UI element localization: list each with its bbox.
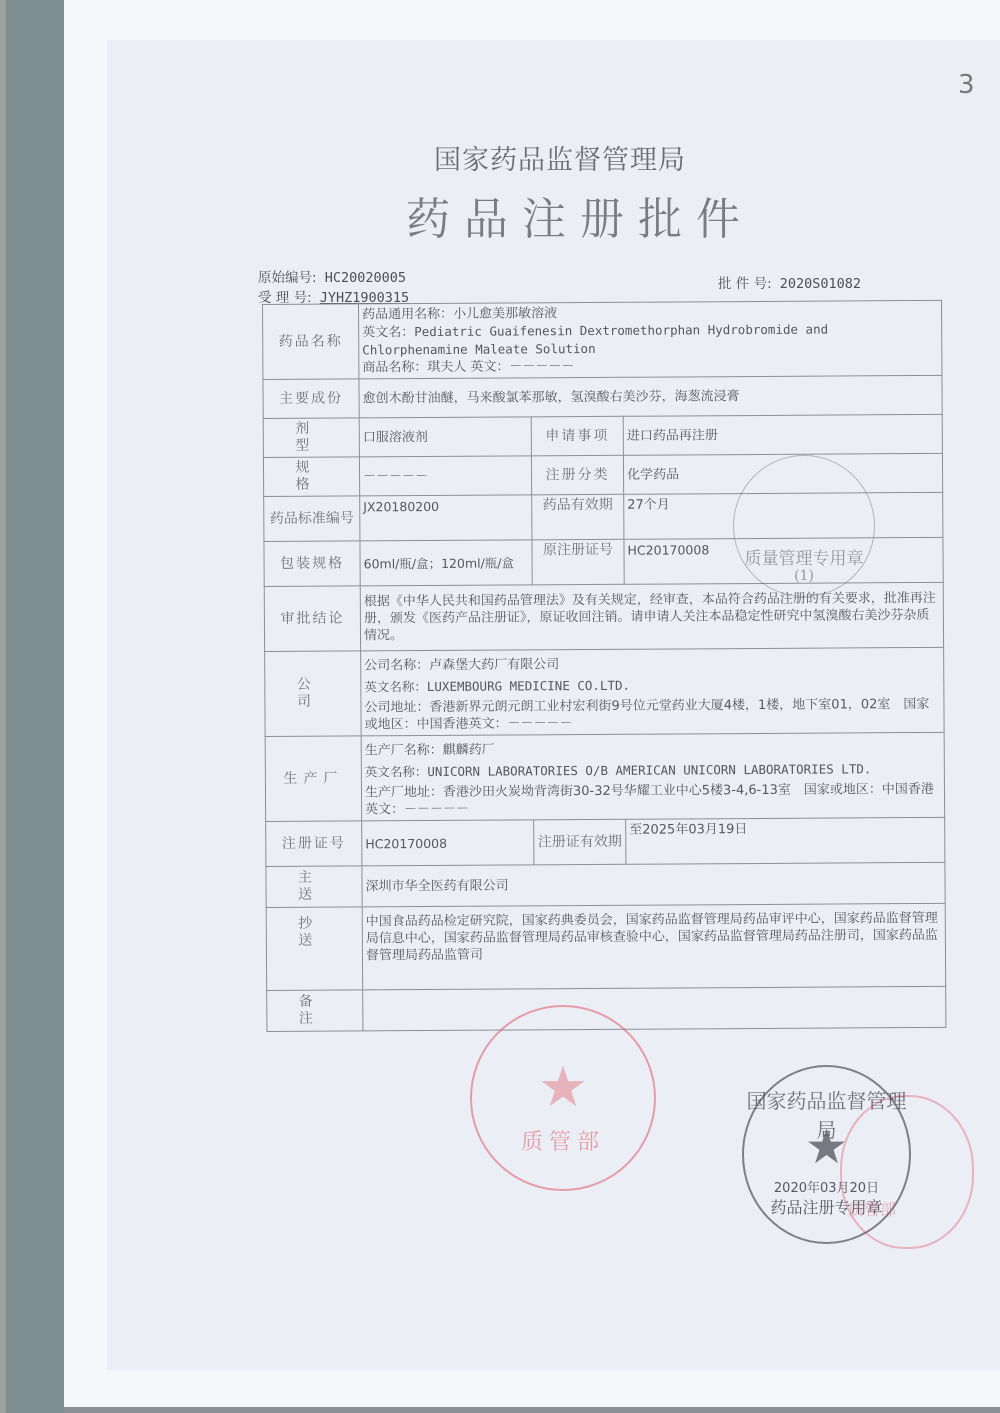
manufacturer-value: 生产厂名称：麒麟药厂 英文名称：UNICORN LABORATORIES O/B… bbox=[361, 732, 945, 821]
company-value: 公司名称：卢森堡大药厂有限公司 英文名称：LUXEMBOURG MEDICINE… bbox=[361, 647, 945, 736]
row-specification: 规 格 －－－－－ 注册分类 化学药品 bbox=[263, 453, 942, 496]
row-packaging: 包装规格 60ml/瓶/盒；120ml/瓶/盒 原注册证号 HC20170008 bbox=[264, 537, 943, 586]
cert-validity-value: 至2025年03月19日 bbox=[626, 817, 945, 864]
trade-name: 商品名称：琪夫人 英文：－－－－－ bbox=[362, 356, 938, 377]
conclusion-label: 审批结论 bbox=[264, 586, 360, 652]
application-item-value: 进口药品再注册 bbox=[623, 414, 942, 455]
packaging-value: 60ml/瓶/盒；120ml/瓶/盒 bbox=[360, 540, 532, 586]
row-copy-to: 抄 送 中国食品药品检定研究院，国家药典委员会，国家药品监督管理局药品审评中心，… bbox=[266, 903, 945, 990]
company-name: 公司名称：卢森堡大药厂有限公司 bbox=[364, 654, 940, 675]
issuing-agency: 国家药品监督管理局 bbox=[0, 138, 1000, 177]
remarks-label: 备 注 bbox=[267, 990, 363, 1032]
standard-no-value: JX20180200 bbox=[360, 495, 532, 541]
shelf-life-value: 27个月 bbox=[624, 492, 943, 539]
drug-name-label: 药品名称 bbox=[263, 304, 359, 380]
drug-name-value: 药品通用名称：小儿愈美那敏溶液 英文名：Pediatric Guaifenesi… bbox=[359, 300, 942, 379]
cert-validity-label: 注册证有效期 bbox=[534, 819, 626, 865]
standard-no-label: 药品标准编号 bbox=[264, 496, 360, 542]
copy-to-value: 中国食品药品检定研究院，国家药典委员会，国家药品监督管理局药品审评中心，国家药品… bbox=[362, 903, 945, 990]
row-company: 公 司 公司名称：卢森堡大药厂有限公司 英文名称：LUXEMBOURG MEDI… bbox=[265, 647, 945, 736]
handwritten-page-mark: 3 bbox=[958, 70, 975, 100]
registration-category-value: 化学药品 bbox=[623, 453, 942, 494]
english-name-label: 英文名： bbox=[362, 325, 414, 340]
row-remarks: 备 注 bbox=[267, 986, 946, 1031]
approval-number: 批 件 号: 2020S01082 bbox=[718, 272, 861, 292]
conclusion-value: 根据《中华人民共和国药品管理法》及有关规定，经审查，本品符合药品注册的有关要求，… bbox=[360, 582, 943, 651]
company-address: 公司地址：香港新界元朗元朗工业村宏利街9号位元堂药业大厦4楼，1楼，地下室01，… bbox=[364, 696, 940, 734]
row-ingredients: 主要成份 愈创木酚甘油醚，马来酸氯苯那敏，氢溴酸右美沙芬，海葱流浸膏 bbox=[263, 375, 942, 418]
row-manufacturer: 生产厂 生产厂名称：麒麟药厂 英文名称：UNICORN LABORATORIES… bbox=[265, 732, 945, 821]
row-conclusion: 审批结论 根据《中华人民共和国药品管理法》及有关规定，经审查，本品符合药品注册的… bbox=[264, 582, 943, 651]
row-registration-cert: 注册证号 HC20170008 注册证有效期 至2025年03月19日 bbox=[266, 817, 945, 866]
registration-cert-value: HC20170008 bbox=[362, 820, 534, 866]
original-number-value: HC20020005 bbox=[325, 270, 406, 286]
row-drug-name: 药品名称 药品通用名称：小儿愈美那敏溶液 英文名：Pediatric Guaif… bbox=[263, 300, 942, 379]
remarks-value bbox=[363, 986, 946, 1031]
manufacturer-english-name: 英文名称：UNICORN LABORATORIES O/B AMERICAN U… bbox=[365, 760, 941, 781]
row-standard-no: 药品标准编号 JX20180200 药品有效期 27个月 bbox=[264, 492, 943, 541]
specification-value: －－－－－ bbox=[359, 456, 531, 496]
manufacturer-name: 生产厂名称：麒麟药厂 bbox=[365, 739, 941, 760]
page-bottom-shadow bbox=[64, 1407, 1000, 1413]
packaging-label: 包装规格 bbox=[264, 541, 360, 587]
dosage-form-value: 口服溶液剂 bbox=[359, 417, 531, 457]
copy-to-label: 抄 送 bbox=[266, 907, 363, 991]
approval-number-label: 批 件 号: bbox=[718, 276, 772, 292]
send-to-label: 主 送 bbox=[266, 866, 362, 908]
shelf-life-label: 药品有效期 bbox=[532, 494, 624, 540]
send-to-value: 深圳市华全医药有限公司 bbox=[362, 862, 945, 907]
manufacturer-address: 生产厂地址：香港沙田火炭坳背湾街30-32号华耀工业中心5楼3-4,6-13室 … bbox=[365, 781, 941, 819]
row-dosage-form: 剂 型 口服溶液剂 申请事项 进口药品再注册 bbox=[263, 414, 942, 457]
dosage-form-label: 剂 型 bbox=[263, 418, 359, 458]
approval-number-value: 2020S01082 bbox=[780, 276, 861, 292]
specification-label: 规 格 bbox=[263, 457, 359, 497]
ingredients-value: 愈创木酚甘油醚，马来酸氯苯那敏，氢溴酸右美沙芬，海葱流浸膏 bbox=[359, 375, 942, 418]
registration-category-label: 注册分类 bbox=[531, 455, 623, 495]
original-cert-value: HC20170008 bbox=[624, 537, 943, 584]
registration-table: 药品名称 药品通用名称：小儿愈美那敏溶液 英文名：Pediatric Guaif… bbox=[262, 300, 946, 1032]
original-cert-label: 原注册证号 bbox=[532, 539, 624, 585]
application-item-label: 申请事项 bbox=[531, 416, 623, 456]
original-number-label: 原始编号: bbox=[258, 270, 317, 286]
registration-cert-label: 注册证号 bbox=[266, 821, 362, 867]
ingredients-label: 主要成份 bbox=[263, 379, 359, 419]
manufacturer-label: 生产厂 bbox=[265, 736, 362, 822]
original-number: 原始编号: HC20020005 bbox=[258, 266, 406, 286]
document-title: 药品注册批件 bbox=[0, 183, 1000, 247]
company-label: 公 司 bbox=[265, 651, 362, 737]
row-send-to: 主 送 深圳市华全医药有限公司 bbox=[266, 862, 945, 907]
english-name-value: Pediatric Guaifenesin Dextromethorphan H… bbox=[362, 322, 828, 358]
company-english-name: 英文名称：LUXEMBOURG MEDICINE CO.LTD. bbox=[364, 675, 940, 696]
english-name: 英文名：Pediatric Guaifenesin Dextromethorph… bbox=[362, 320, 938, 360]
